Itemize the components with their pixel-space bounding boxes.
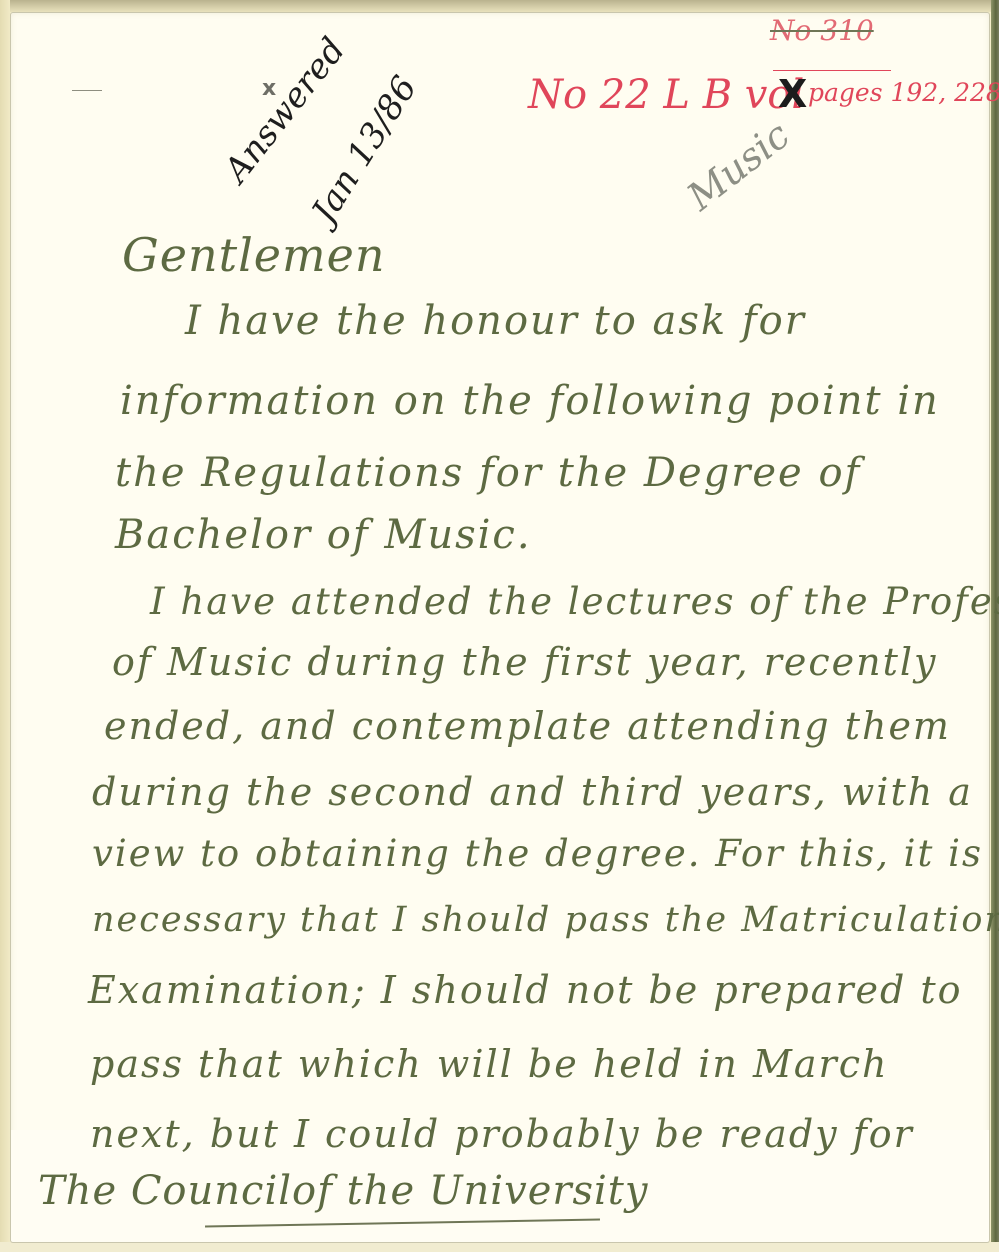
letter-line-12: pass that which will be held in March xyxy=(90,1042,888,1086)
red-reference-number: No 22 L B vol xyxy=(528,72,804,118)
red-rule xyxy=(773,70,891,71)
red-reference-pages: pages 192, 228 xyxy=(808,78,999,107)
letter-line-4: Bachelor of Music. xyxy=(115,512,532,558)
letter-line-1: I have the honour to ask for xyxy=(185,298,806,344)
letter-line-6: of Music during the first year, recently xyxy=(112,640,938,684)
letter-line-10: necessary that I should pass the Matricu… xyxy=(92,900,999,940)
letter-line-3: the Regulations for the Degree of xyxy=(115,450,861,496)
stray-dash-mark xyxy=(72,90,102,91)
letter-line-8: during the second and third years, with … xyxy=(92,770,973,814)
salutation: Gentlemen xyxy=(122,228,385,282)
letter-line-2: information on the following point in xyxy=(120,378,940,424)
addressee-prefix: The Council xyxy=(38,1168,292,1214)
scan-right-edge xyxy=(991,0,999,1252)
letter-line-13: next, but I could probably be ready for xyxy=(90,1112,914,1156)
black-x-mark: X xyxy=(778,72,807,116)
scan-bottom-edge xyxy=(0,1242,999,1252)
struck-reference-number: No 310 xyxy=(770,14,874,47)
letter-line-9: view to obtaining the degree. For this, … xyxy=(92,832,983,875)
letter-line-5: I have attended the lectures of the Prof… xyxy=(150,580,999,623)
addressee-underlined: of the University xyxy=(292,1168,648,1214)
letter-line-7: ended, and contemplate attending them xyxy=(104,704,951,748)
scan-left-edge xyxy=(0,0,10,1252)
letter-line-11: Examination; I should not be prepared to xyxy=(88,968,963,1012)
scan-top-edge xyxy=(0,0,999,12)
